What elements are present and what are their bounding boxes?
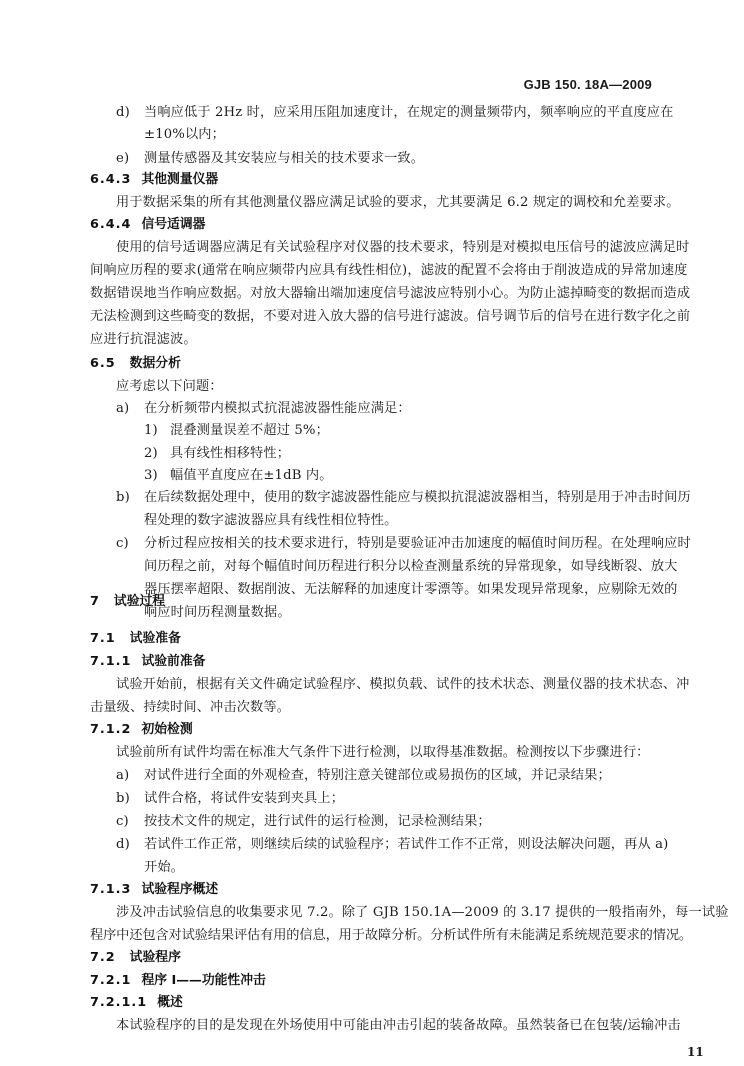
section-heading-6-5: 6.5数据分析 xyxy=(90,355,181,373)
section-number: 7.2.1 xyxy=(90,972,131,990)
list-marker: d) xyxy=(116,836,144,854)
section-heading-7-1-1: 7.1.1试验前准备 xyxy=(90,653,205,671)
paragraph-6-4-3: 用于数据采集的所有其他测量仪器应满足试验的要求，尤其要满足 6.2 规定的调校和… xyxy=(116,194,680,212)
list-item-c-continuation: 间历程之前，对每个幅值时间历程进行积分以检查测量系统的异常现象，如导线断裂、放大 xyxy=(144,558,678,576)
list-item-a: a)对试件进行全面的外观检查，特别注意关键部位或易损伤的区域，并记录结果； xyxy=(116,767,611,785)
section-heading-6-4-3: 6.4.3其他测量仪器 xyxy=(90,171,218,189)
paragraph-line: 间响应历程的要求(通常在响应频带内应具有线性相位)，滤波的配置不会将由于削波造成… xyxy=(90,262,687,280)
section-number: 7.2.1.1 xyxy=(90,994,147,1012)
section-title: 初始检测 xyxy=(141,722,192,737)
list-item-b: b)在后续数据处理中，使用的数字滤波器性能应与模拟抗混滤波器相当，特别是用于冲击… xyxy=(116,489,691,507)
section-title: 试验过程 xyxy=(114,594,165,609)
sub-item-2: 2)具有线性相移特性； xyxy=(144,445,290,463)
section-number: 6.4.3 xyxy=(90,171,131,189)
section-title: 试验程序概述 xyxy=(141,882,218,897)
list-text: 测量传感器及其安装应与相关的技术要求一致。 xyxy=(144,151,424,166)
section-title: 试验程序 xyxy=(130,950,181,965)
section-title: 概述 xyxy=(157,995,183,1010)
list-item-e: e)测量传感器及其安装应与相关的技术要求一致。 xyxy=(116,150,424,168)
section-number: 7.2 xyxy=(90,949,116,967)
sub-item-3: 3)幅值平直度应在±1dB 内。 xyxy=(144,467,333,485)
list-text: 当响应低于 2Hz 时，应采用压阻加速度计，在规定的测量频带内，频率响应的平直度… xyxy=(144,105,673,120)
list-marker: a) xyxy=(116,767,144,785)
list-marker: c) xyxy=(116,535,144,553)
list-marker: e) xyxy=(116,150,144,168)
paragraph-intro-6-5: 应考虑以下问题： xyxy=(116,378,223,396)
paragraph-line: 涉及冲击试验信息的收集要求见 7.2。除了 GJB 150.1A—2009 的 … xyxy=(116,904,729,922)
paragraph-line: 击量级、持续时间、冲击次数等。 xyxy=(90,699,290,717)
list-item-b-continuation: 程处理的数字滤波器应具有线性相位特性。 xyxy=(144,512,397,530)
section-heading-7-1-3: 7.1.3试验程序概述 xyxy=(90,881,218,899)
section-title: 试验前准备 xyxy=(141,654,205,669)
list-text: 若试件工作正常，则继续后续的试验程序；若试件工作不正常，则设法解决问题，再从 a… xyxy=(144,837,668,852)
list-item-c: c)按技术文件的规定，进行试件的运行检测，记录检测结果； xyxy=(116,813,491,831)
section-heading-7: 7试验过程 xyxy=(90,593,165,611)
list-item-d-continuation: ±10%以内； xyxy=(144,126,225,144)
section-heading-7-1-2: 7.1.2初始检测 xyxy=(90,721,193,739)
list-text: 试件合格，将试件安装到夹具上； xyxy=(144,791,344,806)
document-page: GJB 150. 18A—2009 d)当响应低于 2Hz 时，应采用压阻加速度… xyxy=(0,0,744,1066)
list-marker: 1) xyxy=(144,422,170,440)
section-title: 数据分析 xyxy=(130,356,181,371)
section-number: 7 xyxy=(90,593,100,611)
list-text: 混叠测量误差不超过 5%； xyxy=(170,423,329,438)
list-text: 对试件进行全面的外观检查，特别注意关键部位或易损伤的区域，并记录结果； xyxy=(144,768,611,783)
list-text: 在分析频带内模拟式抗混滤波器性能应满足： xyxy=(144,401,411,416)
section-number: 7.1 xyxy=(90,630,116,648)
section-heading-7-2-1-1: 7.2.1.1概述 xyxy=(90,994,183,1012)
paragraph-line: 程序中还包含对试验结果评估有用的信息，用于故障分析。分析试件所有未能满足系统规范… xyxy=(90,927,692,945)
list-item-b: b)试件合格，将试件安装到夹具上； xyxy=(116,790,344,808)
section-heading-7-1: 7.1试验准备 xyxy=(90,630,181,648)
list-item-d-continuation: 开始。 xyxy=(144,859,184,877)
section-number: 6.5 xyxy=(90,355,116,373)
paragraph-intro-7-1-2: 试验前所有试件均需在标准大气条件下进行检测，以取得基准数据。检测按以下步骤进行： xyxy=(116,744,650,762)
section-number: 7.1.3 xyxy=(90,881,131,899)
list-item-c-continuation: 响应时间历程测量数据。 xyxy=(144,604,291,622)
section-heading-6-4-4: 6.4.4信号适调器 xyxy=(90,216,205,234)
list-marker: c) xyxy=(116,813,144,831)
list-item-c: c)分析过程应按相关的技术要求进行，特别是要验证冲击加速度的幅值时间历程。在处理… xyxy=(116,535,691,553)
section-title: 程序 I——功能性冲击 xyxy=(141,973,265,988)
section-title: 试验准备 xyxy=(130,631,181,646)
paragraph-line: 本试验程序的目的是发现在外场使用中可能由冲击引起的装备故障。虽然装备已在包装/运… xyxy=(116,1017,681,1035)
section-number: 6.4.4 xyxy=(90,216,131,234)
section-title: 信号适调器 xyxy=(141,217,205,232)
list-text: 在后续数据处理中，使用的数字滤波器性能应与模拟抗混滤波器相当，特别是用于冲击时间… xyxy=(144,490,691,505)
list-item-c-continuation: 器压摆率超限、数据削波、无法解释的加速度计零漂等。如果发现异常现象，应剔除无效的 xyxy=(144,581,678,599)
standard-code-header: GJB 150. 18A—2009 xyxy=(524,77,652,92)
section-number: 7.1.1 xyxy=(90,653,131,671)
list-item-a: a)在分析频带内模拟式抗混滤波器性能应满足： xyxy=(116,400,411,418)
list-item-d: d)当响应低于 2Hz 时，应采用压阻加速度计，在规定的测量频带内，频率响应的平… xyxy=(116,104,673,122)
list-marker: 2) xyxy=(144,445,170,463)
paragraph-line: 使用的信号适调器应满足有关试验程序对仪器的技术要求，特别是对模拟电压信号的滤波应… xyxy=(116,239,690,257)
list-marker: a) xyxy=(116,400,144,418)
section-heading-7-2: 7.2试验程序 xyxy=(90,949,181,967)
list-marker: b) xyxy=(116,790,144,808)
section-title: 其他测量仪器 xyxy=(141,172,218,187)
sub-item-1: 1)混叠测量误差不超过 5%； xyxy=(144,422,329,440)
list-text: 按技术文件的规定，进行试件的运行检测，记录检测结果； xyxy=(144,814,491,829)
list-marker: 3) xyxy=(144,467,170,485)
paragraph-line: 试验开始前，根据有关文件确定试验程序、模拟负载、试件的技术状态、测量仪器的技术状… xyxy=(116,676,690,694)
page-number: 11 xyxy=(687,1045,704,1059)
list-item-d: d)若试件工作正常，则继续后续的试验程序；若试件工作不正常，则设法解决问题，再从… xyxy=(116,836,668,854)
list-text: 幅值平直度应在±1dB 内。 xyxy=(170,468,333,483)
list-text: 分析过程应按相关的技术要求进行，特别是要验证冲击加速度的幅值时间历程。在处理响应… xyxy=(144,536,691,551)
paragraph-line: 无法检测到这些畸变的数据，不要对进入放大器的信号进行滤波。信号调节后的信号在进行… xyxy=(90,308,690,326)
paragraph-line: 应进行抗混滤波。 xyxy=(90,331,197,349)
list-marker: b) xyxy=(116,489,144,507)
paragraph-line: 数据错误地当作响应数据。对放大器输出端加速度信号滤波应特别小心。为防止滤掉畸变的… xyxy=(90,285,690,303)
section-number: 7.1.2 xyxy=(90,721,131,739)
section-heading-7-2-1: 7.2.1程序 I——功能性冲击 xyxy=(90,972,266,990)
list-marker: d) xyxy=(116,104,144,122)
list-text: 具有线性相移特性； xyxy=(170,446,290,461)
